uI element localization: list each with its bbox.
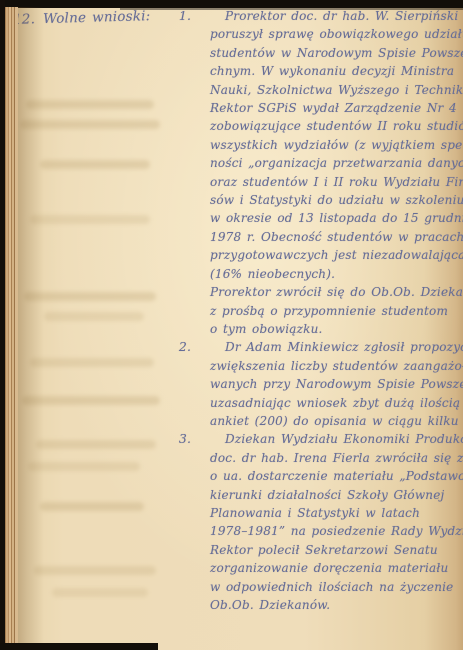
- book-page-edges: [5, 7, 18, 650]
- bleed-through-mark: [36, 440, 156, 449]
- handwritten-line: Planowania i Statystyki w latach: [210, 504, 460, 522]
- handwritten-line: wanych przy Narodowym Spisie Powszechnym…: [210, 375, 460, 393]
- item-text: Dziekan Wydziału Ekonomiki Produkcjidoc.…: [210, 430, 460, 614]
- item-text: Dr Adam Minkiewicz zgłosił propozycjęzwi…: [210, 338, 460, 430]
- handwritten-line: z prośbą o przypomnienie studentom: [210, 302, 460, 320]
- minutes-item-2: 2. Dr Adam Minkiewicz zgłosił propozycję…: [160, 338, 460, 430]
- handwritten-line: oraz studentów I i II roku Wydziału Fina…: [210, 173, 460, 191]
- minutes-item-1: 1. Prorektor doc. dr hab. W. Sierpińskip…: [160, 7, 460, 338]
- bleed-through-mark: [26, 100, 154, 109]
- handwritten-line: Ob.Ob. Dziekanów.: [210, 596, 460, 614]
- handwritten-line: przygotowawczych jest niezadowalająca: [210, 246, 460, 264]
- section-title: Wolne wnioski:: [43, 8, 151, 27]
- scan-edge-top-shadow: [120, 8, 463, 10]
- handwritten-line: o tym obowiązku.: [210, 320, 460, 338]
- handwritten-line: ankiet (200) do opisania w ciągu kilku d…: [210, 412, 460, 430]
- handwritten-line: doc. dr hab. Irena Fierla zwróciła się z…: [210, 449, 460, 467]
- handwritten-line: Dziekan Wydziału Ekonomiki Produkcji: [210, 430, 460, 448]
- handwritten-line: w odpowiednich ilościach na życzenie: [210, 578, 460, 596]
- scan-edge-bottom: [0, 643, 158, 650]
- handwritten-line: Prorektor zwrócił się do Ob.Ob. Dziekanó…: [210, 283, 460, 301]
- bleed-through-mark: [28, 462, 140, 471]
- handwritten-line: zorganizowanie doręczenia materiału: [210, 559, 460, 577]
- bleed-through-mark: [40, 502, 144, 511]
- page-curve-shadow: [18, 7, 44, 650]
- item-number: 3.: [160, 430, 210, 448]
- handwritten-line: Rektor polecił Sekretarzowi Senatu: [210, 541, 460, 559]
- handwritten-line: studentów w Narodowym Spisie Powsze-: [210, 44, 460, 62]
- bleed-through-mark: [30, 215, 150, 224]
- handwritten-line: Nauki, Szkolnictwa Wyższego i Techniki,: [210, 81, 460, 99]
- handwritten-line: poruszył sprawę obowiązkowego udziału: [210, 25, 460, 43]
- scan-edge-top: [0, 0, 463, 8]
- handwritten-line: sów i Statystyki do udziału w szkoleniu: [210, 191, 460, 209]
- handwritten-line: 1978–1981” na posiedzenie Rady Wydziału.: [210, 522, 460, 540]
- handwritten-line: ności „organizacja przetwarzania danych”: [210, 154, 460, 172]
- bleed-through-mark: [52, 588, 148, 597]
- handwritten-line: zwiększenia liczby studentów zaangażo-: [210, 357, 460, 375]
- scanned-document-page: 12.Wolne wnioski: 1. Prorektor doc. dr h…: [0, 0, 463, 650]
- item-text: Prorektor doc. dr hab. W. Sierpińskiporu…: [210, 7, 460, 338]
- minutes-item-3: 3. Dziekan Wydziału Ekonomiki Produkcjid…: [160, 430, 460, 614]
- bleed-through-mark: [44, 312, 144, 321]
- handwritten-line: 1978 r. Obecność studentów w pracach: [210, 228, 460, 246]
- bleed-through-mark: [40, 160, 150, 169]
- handwritten-line: zobowiązujące studentów II roku studiów: [210, 117, 460, 135]
- minutes-text-column: 1. Prorektor doc. dr hab. W. Sierpińskip…: [160, 7, 460, 614]
- handwritten-line: uzasadniając wniosek zbyt dużą ilością: [210, 394, 460, 412]
- handwritten-line: (16% nieobecnych).: [210, 265, 460, 283]
- handwritten-line: w okresie od 13 listopada do 15 grudnia: [210, 209, 460, 227]
- handwritten-line: chnym. W wykonaniu decyzji Ministra: [210, 62, 460, 80]
- handwritten-line: wszystkich wydziałów (z wyjątkiem specja…: [210, 136, 460, 154]
- handwritten-line: kierunki działalności Szkoły Głównej: [210, 486, 460, 504]
- handwritten-line: o ua. dostarczenie materiału „Podstawowe: [210, 467, 460, 485]
- handwritten-line: Rektor SGPiS wydał Zarządzenie Nr 4: [210, 99, 460, 117]
- handwritten-line: Dr Adam Minkiewicz zgłosił propozycję: [210, 338, 460, 356]
- bleed-through-mark: [34, 566, 156, 575]
- bleed-through-mark: [30, 358, 154, 367]
- item-number: 2.: [160, 338, 210, 356]
